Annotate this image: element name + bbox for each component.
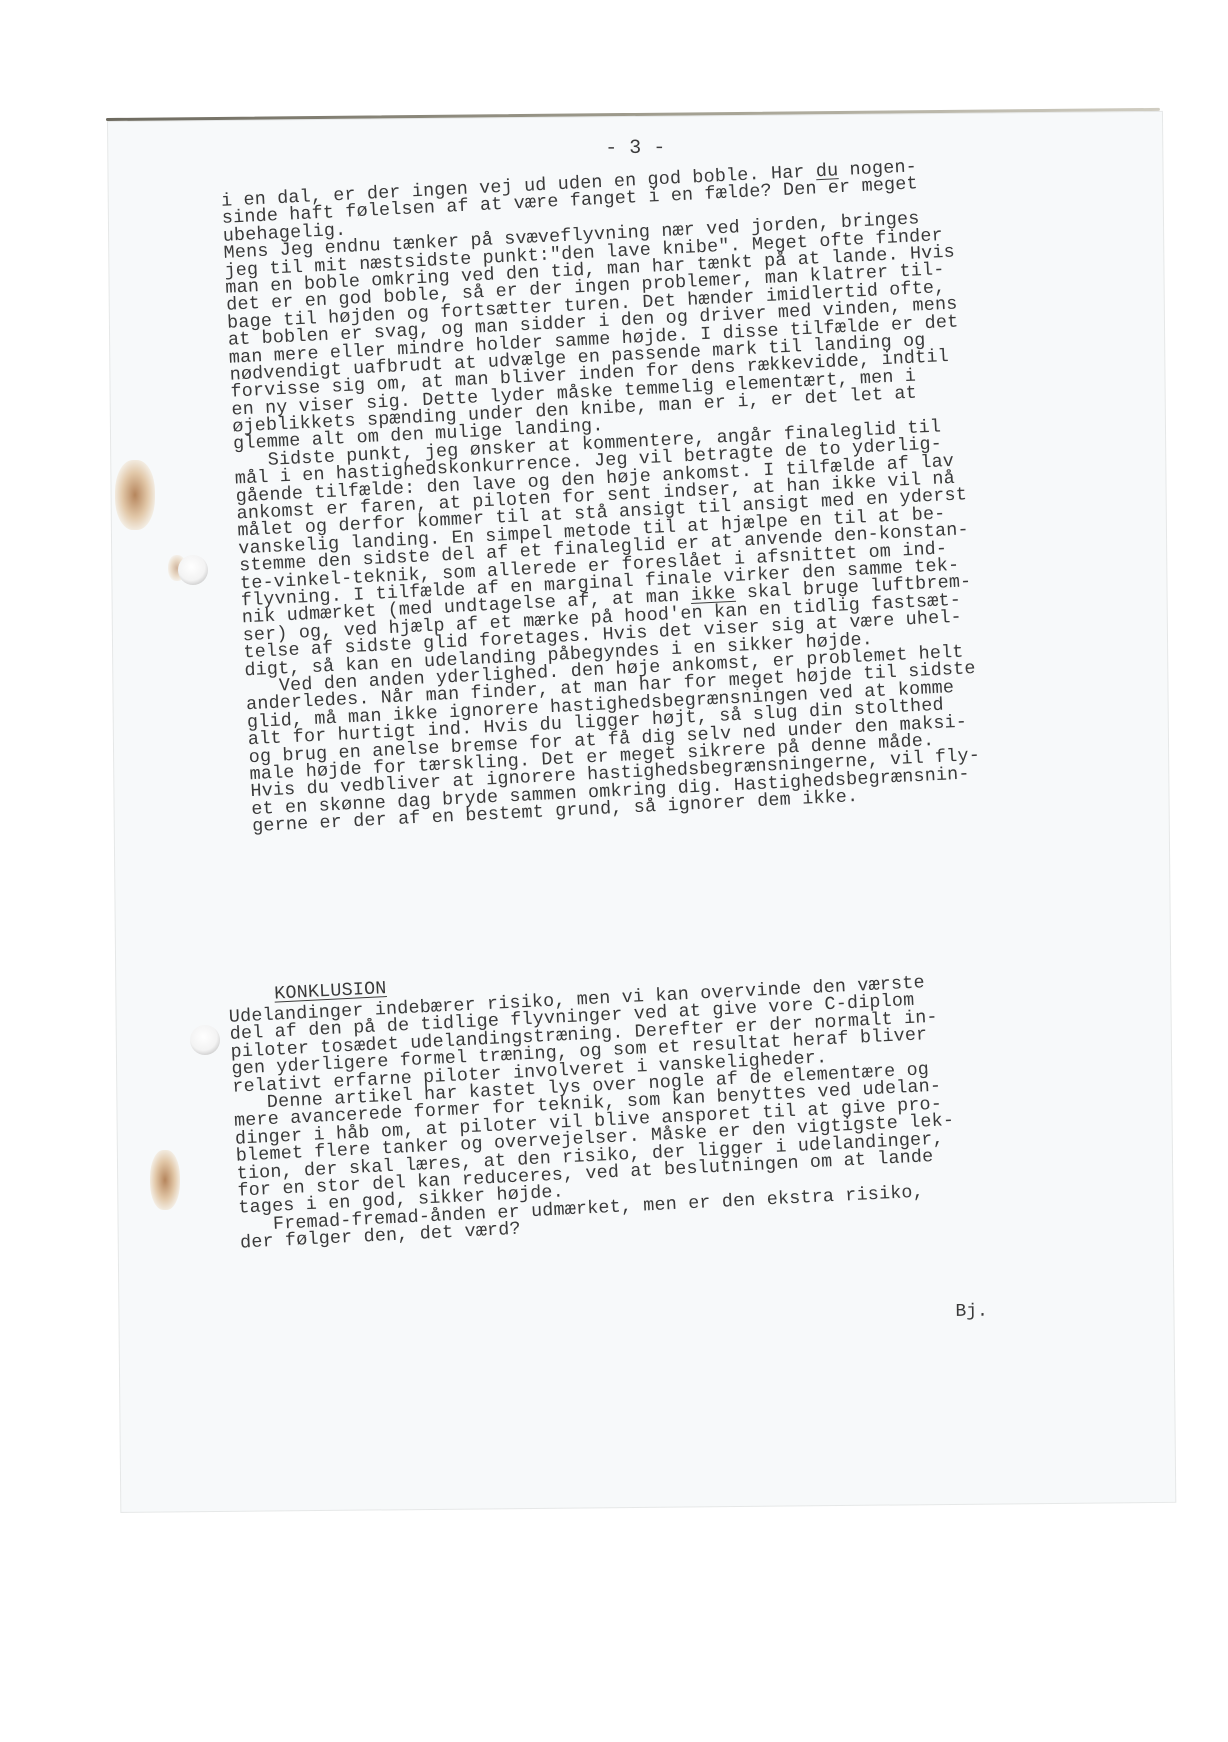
body-paragraphs: i en dal, er der ingen vej ud uden en go… — [221, 148, 1152, 835]
signature: Bj. — [955, 1302, 988, 1322]
conclusion-paragraphs: Udelandinger indebærer risiko, men vi ka… — [229, 964, 1140, 1252]
rust-stain — [115, 460, 155, 530]
document-page: - 3 - i en dal, er der ingen vej ud uden… — [108, 112, 1175, 1512]
punch-hole — [190, 1025, 220, 1055]
punch-hole — [178, 555, 208, 585]
rust-stain — [150, 1150, 180, 1210]
